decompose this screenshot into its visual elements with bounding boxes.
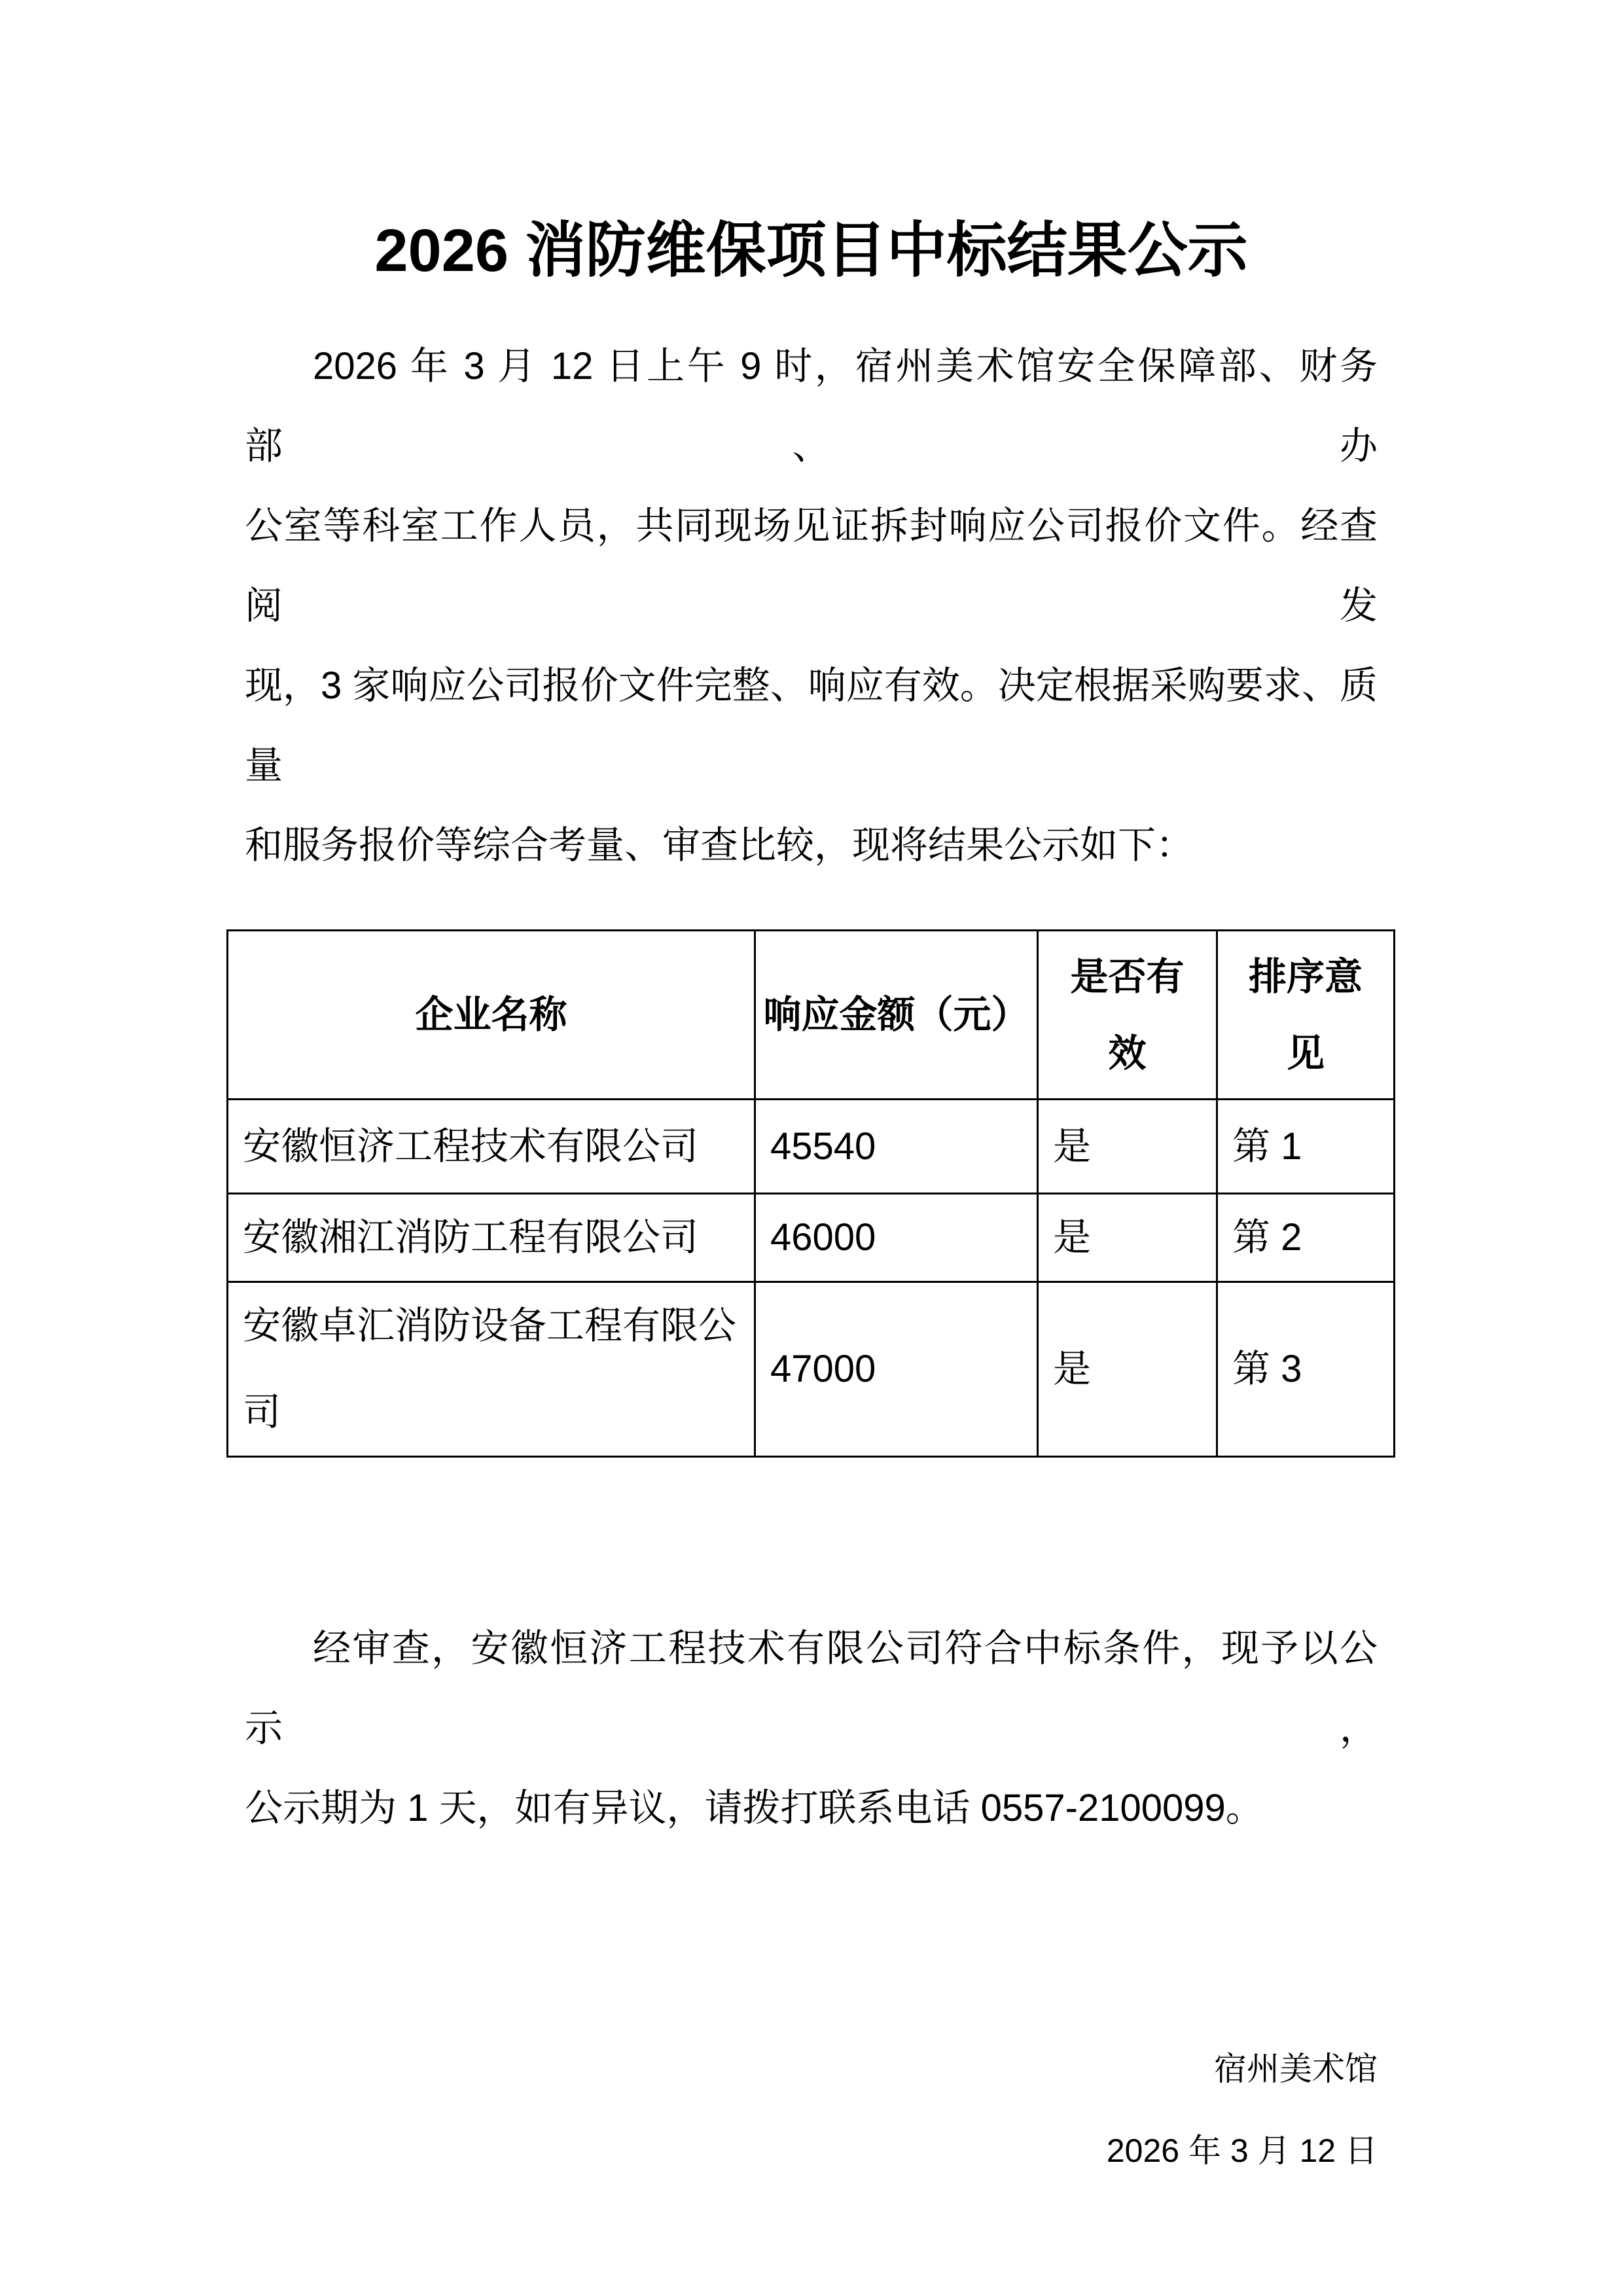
column-header-rank: 排序意见 [1217,931,1395,1100]
intro-line-3: 现，3 家响应公司报价文件完整、响应有效。决定根据采购要求、质量 [245,646,1378,806]
closing-line-2: 公示期为 1 天，如有异议，请拨打联系电话 0557-2100099。 [245,1768,1378,1848]
cell-valid-3: 是 [1038,1282,1217,1457]
cell-amount-3: 47000 [755,1282,1038,1457]
table-row-2: 安徽湘江消防工程有限公司 46000 是 第 2 [228,1194,1395,1282]
cell-rank-2: 第 2 [1217,1194,1395,1282]
intro-line-2: 公室等科室工作人员，共同现场见证拆封响应公司报价文件。经查阅发 [245,486,1378,646]
cell-rank-3: 第 3 [1217,1282,1395,1457]
document-title: 2026 消防维保项目中标结果公示 [245,205,1378,296]
cell-amount-1: 45540 [755,1100,1038,1194]
closing-paragraph: 经审查，安徽恒济工程技术有限公司符合中标条件，现予以公示， 公示期为 1 天，如… [245,1609,1378,1848]
cell-amount-2: 46000 [755,1194,1038,1282]
column-header-company: 企业名称 [228,931,755,1100]
signature-date: 2026 年 3 月 12 日 [245,2110,1378,2192]
column-header-valid: 是否有效 [1038,931,1217,1100]
column-header-amount: 响应金额（元） [755,931,1038,1100]
cell-valid-1: 是 [1038,1100,1217,1194]
cell-company-2: 安徽湘江消防工程有限公司 [228,1194,755,1282]
signature-org: 宿州美术馆 [245,2028,1378,2110]
intro-line-1: 2026 年 3 月 12 日上午 9 时，宿州美术馆安全保障部、财务部、办 [245,327,1378,486]
table-row-1: 安徽恒济工程技术有限公司 45540 是 第 1 [228,1100,1395,1194]
table-row-3: 安徽卓汇消防设备工程有限公司 47000 是 第 3 [228,1282,1395,1457]
cell-rank-1: 第 1 [1217,1100,1395,1194]
closing-line-1: 经审查，安徽恒济工程技术有限公司符合中标条件，现予以公示， [245,1609,1378,1768]
table-header-row: 企业名称 响应金额（元） 是否有效 排序意见 [228,931,1395,1100]
cell-company-3: 安徽卓汇消防设备工程有限公司 [228,1282,755,1457]
cell-company-1: 安徽恒济工程技术有限公司 [228,1100,755,1194]
intro-line-4: 和服务报价等综合考量、审查比较，现将结果公示如下： [245,806,1378,886]
intro-paragraph: 2026 年 3 月 12 日上午 9 时，宿州美术馆安全保障部、财务部、办 公… [245,327,1378,886]
document-page: 2026 消防维保项目中标结果公示 2026 年 3 月 12 日上午 9 时，… [0,0,1623,2296]
bid-results-table: 企业名称 响应金额（元） 是否有效 排序意见 安徽恒济工程技术有限公司 4554… [226,929,1395,1458]
signature-block: 宿州美术馆 2026 年 3 月 12 日 [245,2028,1378,2192]
cell-valid-2: 是 [1038,1194,1217,1282]
